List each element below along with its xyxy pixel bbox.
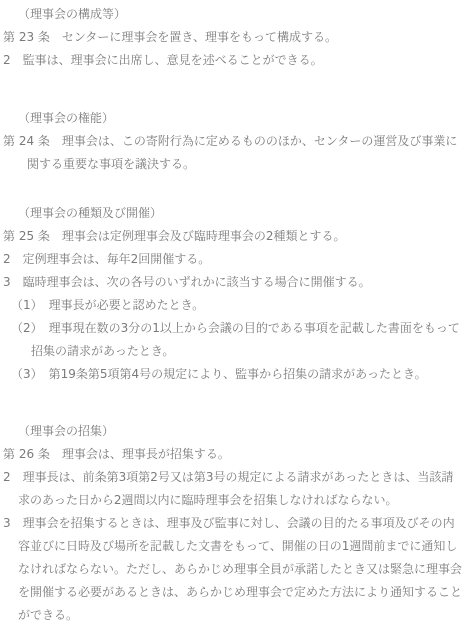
article-25-paragraph: 第 25 条 理事会は定例理事会及び臨時理事会の2種類とする。: [3, 225, 462, 248]
section-heading: （理事会の権能）: [3, 107, 462, 130]
article-24-paragraph: 第 24 条 理事会は、この寄附行為に定めるもののほか、センターの運営及び事業に…: [3, 130, 462, 176]
article-26-paragraph: 第 26 条 理事会は、理事長が招集する。: [3, 443, 462, 466]
section-meeting-convocation: （理事会の招集） 第 26 条 理事会は、理事長が招集する。 2 理事長は、前条…: [3, 420, 462, 627]
article-23-clause-2: 2 監事は、理事会に出席し、意見を述べることができる。: [3, 49, 462, 72]
article-26-clause-2: 2 理事長は、前条第3項第2号又は第3号の規定による請求があったときは、当該請求…: [3, 466, 462, 512]
article-25-clause-2: 2 定例理事会は、毎年2回開催する。: [3, 248, 462, 271]
section-heading: （理事会の種類及び開催）: [3, 202, 462, 225]
document-page: { "doc": { "language": "ja", "colors": {…: [0, 0, 464, 635]
section-board-composition: （理事会の構成等） 第 23 条 センターに理事会を置き、理事をもって構成する。…: [3, 3, 462, 72]
section-heading: （理事会の構成等）: [3, 3, 462, 26]
section-board-powers: （理事会の権能） 第 24 条 理事会は、この寄附行為に定めるもののほか、センタ…: [3, 107, 462, 176]
article-23-paragraph: 第 23 条 センターに理事会を置き、理事をもって構成する。: [3, 26, 462, 49]
section-heading: （理事会の招集）: [3, 420, 462, 443]
section-meeting-types: （理事会の種類及び開催） 第 25 条 理事会は定例理事会及び臨時理事会の2種類…: [3, 202, 462, 386]
article-25-clause-3-item-3: （3） 第19条第5項第4号の規定により、監事から招集の請求があったとき。: [3, 363, 462, 386]
article-26-clause-3: 3 理事会を招集するときは、理事及び監事に対し、会議の目的たる事項及びその内容並…: [3, 512, 462, 627]
bylaws-document: （理事会の構成等） 第 23 条 センターに理事会を置き、理事をもって構成する。…: [0, 0, 464, 635]
article-25-clause-3-item-2: （2） 理事現在数の3分の1以上から会議の目的である事項を記載した書面をもって招…: [3, 317, 462, 363]
article-25-clause-3: 3 臨時理事会は、次の各号のいずれかに該当する場合に開催する。: [3, 271, 462, 294]
article-25-clause-3-item-1: （1） 理事長が必要と認めたとき。: [3, 294, 462, 317]
